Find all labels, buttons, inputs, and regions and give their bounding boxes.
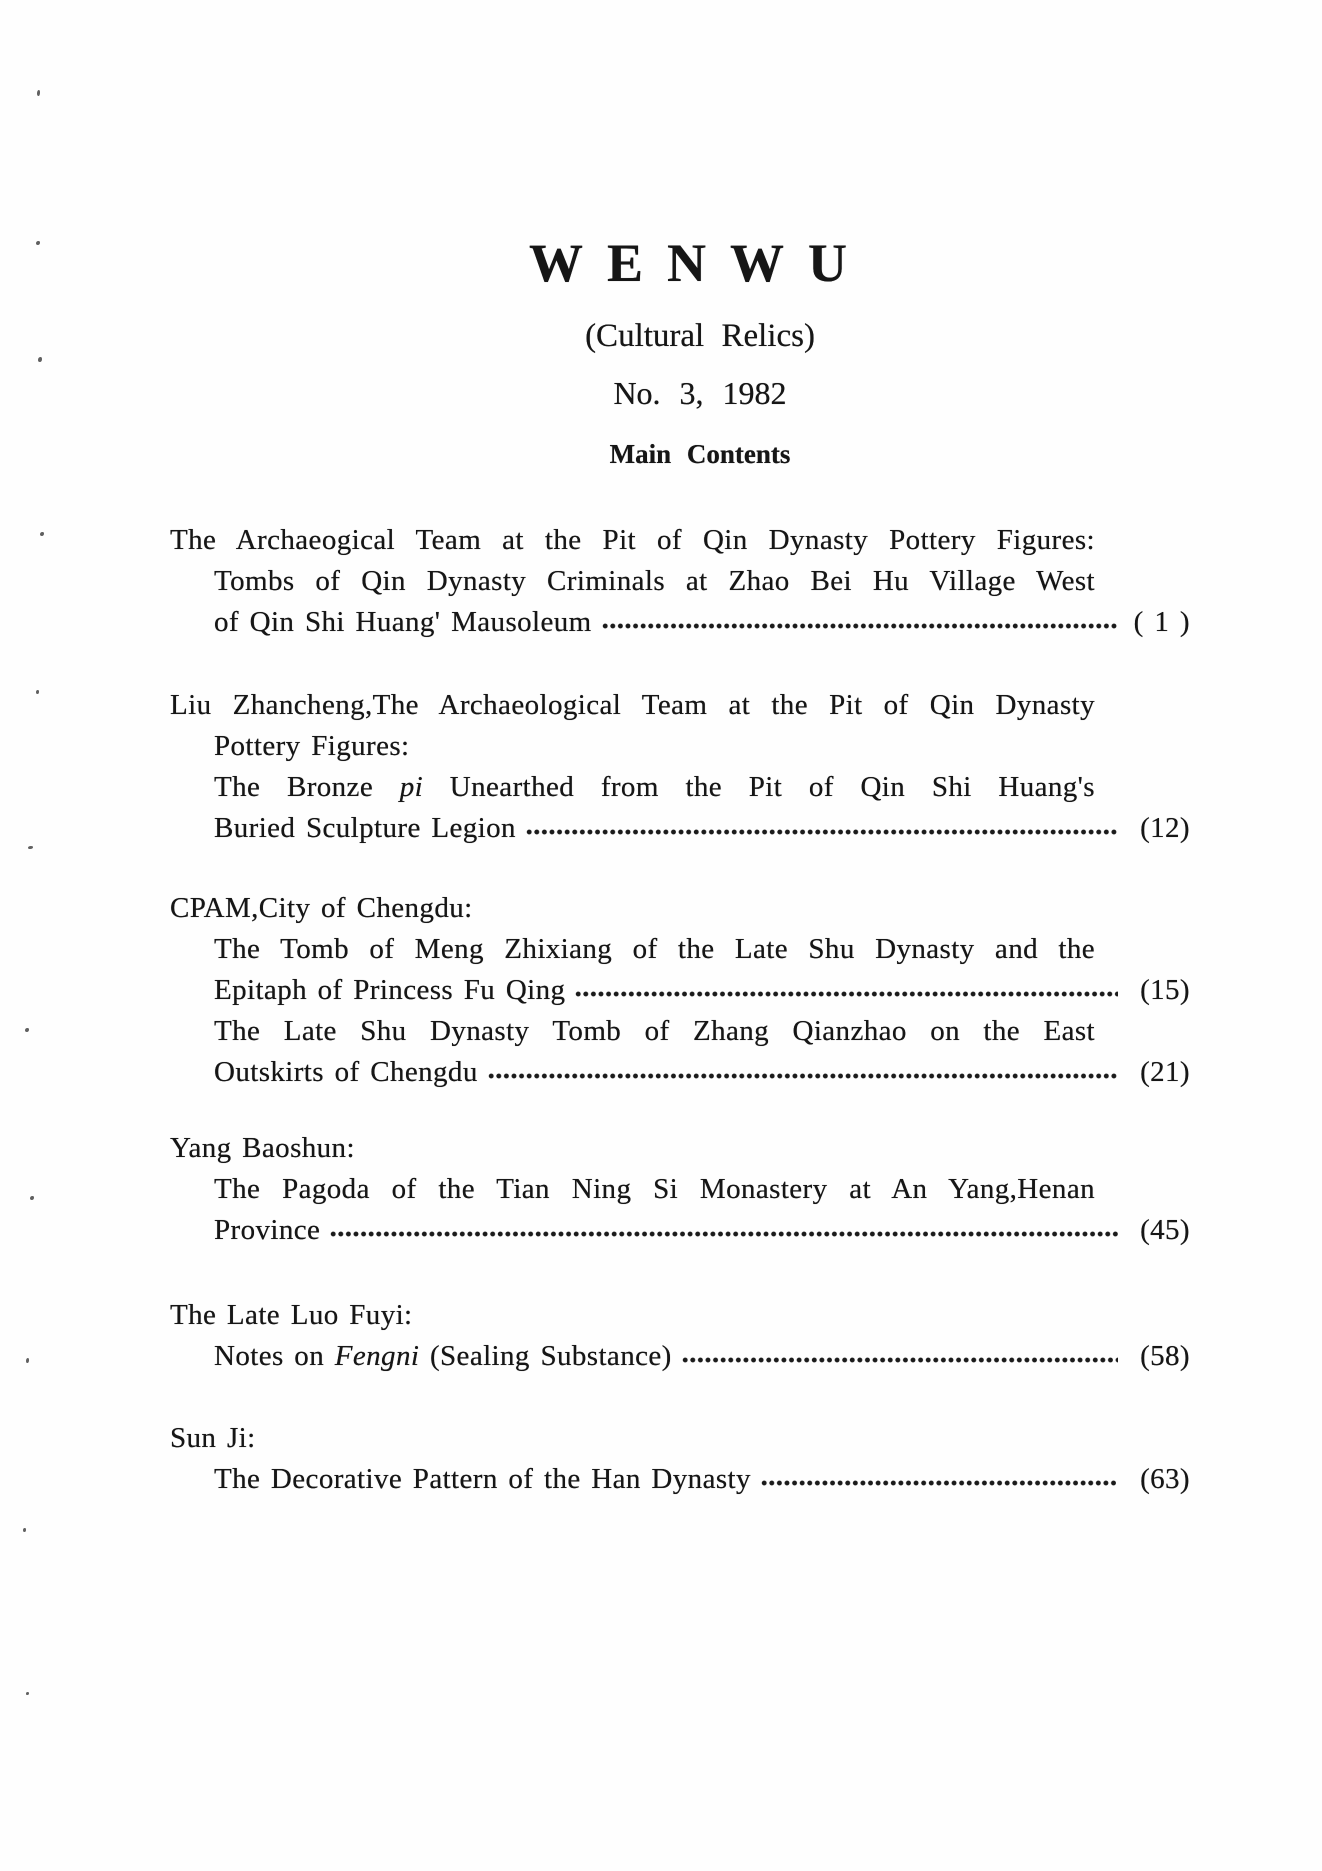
toc-line-text: CPAM,City of Chengdu: [170,892,473,924]
toc-line-text: Province [214,1210,320,1251]
toc-line: Sun Ji: [170,1418,1190,1459]
toc-line: Epitaph of Princess Fu Qing(15) [214,970,1190,1011]
toc-line: Tombs of Qin Dynasty Criminals at Zhao B… [214,561,1095,602]
page-number: (58) [1132,1336,1190,1377]
text-run: CPAM,City of Chengdu: [170,892,473,924]
leader-dots [526,826,1118,838]
page-number: (63) [1132,1459,1190,1500]
toc-line: Outskirts of Chengdu(21) [214,1052,1190,1093]
toc-line: The Tomb of Meng Zhixiang of the Late Sh… [214,929,1095,970]
toc-line: The Archaeogical Team at the Pit of Qin … [170,520,1095,561]
toc-entry: Liu Zhancheng,The Archaeological Team at… [170,685,1190,849]
text-run: Pottery Figures: [214,730,409,762]
text-run: Yang Baoshun: [170,1132,355,1164]
toc-line-text: Sun Ji: [170,1422,256,1454]
page-number: (21) [1132,1052,1190,1093]
toc-entries: The Archaeogical Team at the Pit of Qin … [0,0,1322,1871]
toc-line: Province(45) [214,1210,1190,1251]
toc-line-text: Tombs of Qin Dynasty Criminals at Zhao B… [214,565,1095,597]
page-number: (45) [1132,1210,1190,1251]
toc-line: Yang Baoshun: [170,1128,1190,1169]
text-run: The Late Luo Fuyi: [170,1299,413,1331]
toc-line-text: Notes on Fengni (Sealing Substance) [214,1336,672,1377]
toc-line-text: The Late Luo Fuyi: [170,1299,413,1331]
text-run: The Decorative Pattern of the Han Dynast… [214,1463,751,1495]
toc-line-text: Liu Zhancheng,The Archaeological Team at… [170,689,1095,721]
toc-line-text: of Qin Shi Huang' Mausoleum [214,602,592,643]
text-run: Sun Ji: [170,1422,256,1454]
toc-line-text: Epitaph of Princess Fu Qing [214,970,565,1011]
toc-line: Buried Sculpture Legion(12) [214,808,1190,849]
text-run: Liu Zhancheng,The Archaeological Team at… [170,689,1095,721]
leader-dots [682,1354,1118,1366]
toc-line: The Pagoda of the Tian Ning Si Monastery… [214,1169,1095,1210]
toc-entry: Sun Ji:The Decorative Pattern of the Han… [170,1418,1190,1500]
text-run: of Qin Shi Huang' Mausoleum [214,606,592,638]
leader-dots [602,620,1118,632]
toc-line-text: Outskirts of Chengdu [214,1052,478,1093]
toc-line-text: Buried Sculpture Legion [214,808,516,849]
leader-dots [488,1070,1118,1082]
page-number: ( 1 ) [1132,602,1190,643]
text-run: The Late Shu Dynasty Tomb of Zhang Qianz… [214,1015,1095,1047]
toc-line-text: The Bronze pi Unearthed from the Pit of … [214,771,1095,803]
text-run: The Bronze [214,771,400,803]
toc-entry: The Late Luo Fuyi:Notes on Fengni (Seali… [170,1295,1190,1377]
toc-line: The Late Shu Dynasty Tomb of Zhang Qianz… [214,1011,1095,1052]
text-run: The Pagoda of the Tian Ning Si Monastery… [214,1173,1095,1205]
toc-line: Liu Zhancheng,The Archaeological Team at… [170,685,1095,726]
text-run: Epitaph of Princess Fu Qing [214,974,565,1006]
italic-term: pi [400,771,423,803]
toc-line: The Late Luo Fuyi: [170,1295,1190,1336]
text-run: Tombs of Qin Dynasty Criminals at Zhao B… [214,565,1095,597]
toc-line: CPAM,City of Chengdu: [170,888,1190,929]
toc-line-text: The Decorative Pattern of the Han Dynast… [214,1459,751,1500]
text-run: The Archaeogical Team at the Pit of Qin … [170,524,1095,556]
text-run: Buried Sculpture Legion [214,812,516,844]
toc-line: The Bronze pi Unearthed from the Pit of … [214,767,1095,808]
leader-dots [575,988,1118,1000]
text-run: Province [214,1214,320,1246]
toc-line: Notes on Fengni (Sealing Substance)(58) [214,1336,1190,1377]
leader-dots [761,1477,1118,1489]
page-number: (15) [1132,970,1190,1011]
toc-line-text: The Late Shu Dynasty Tomb of Zhang Qianz… [214,1015,1095,1047]
toc-entry: Yang Baoshun:The Pagoda of the Tian Ning… [170,1128,1190,1251]
toc-line-text: Pottery Figures: [214,730,409,762]
leader-dots [330,1228,1118,1240]
text-run: The Tomb of Meng Zhixiang of the Late Sh… [214,933,1095,965]
toc-line-text: The Tomb of Meng Zhixiang of the Late Sh… [214,933,1095,965]
toc-line-text: The Archaeogical Team at the Pit of Qin … [170,524,1095,556]
toc-line-text: Yang Baoshun: [170,1132,355,1164]
text-run: (Sealing Substance) [419,1340,671,1372]
toc-page: WENWU (Cultural Relics) No. 3, 1982 Main… [0,0,1322,1871]
toc-entry: The Archaeogical Team at the Pit of Qin … [170,520,1190,643]
page-number: (12) [1132,808,1190,849]
toc-entry: CPAM,City of Chengdu:The Tomb of Meng Zh… [170,888,1190,1093]
text-run: Unearthed from the Pit of Qin Shi Huang'… [423,771,1095,803]
toc-line-text: The Pagoda of the Tian Ning Si Monastery… [214,1173,1095,1205]
italic-term: Fengni [335,1340,420,1372]
text-run: Outskirts of Chengdu [214,1056,478,1088]
toc-line: The Decorative Pattern of the Han Dynast… [214,1459,1190,1500]
toc-line: Pottery Figures: [214,726,1190,767]
toc-line: of Qin Shi Huang' Mausoleum( 1 ) [214,602,1190,643]
text-run: Notes on [214,1340,335,1372]
